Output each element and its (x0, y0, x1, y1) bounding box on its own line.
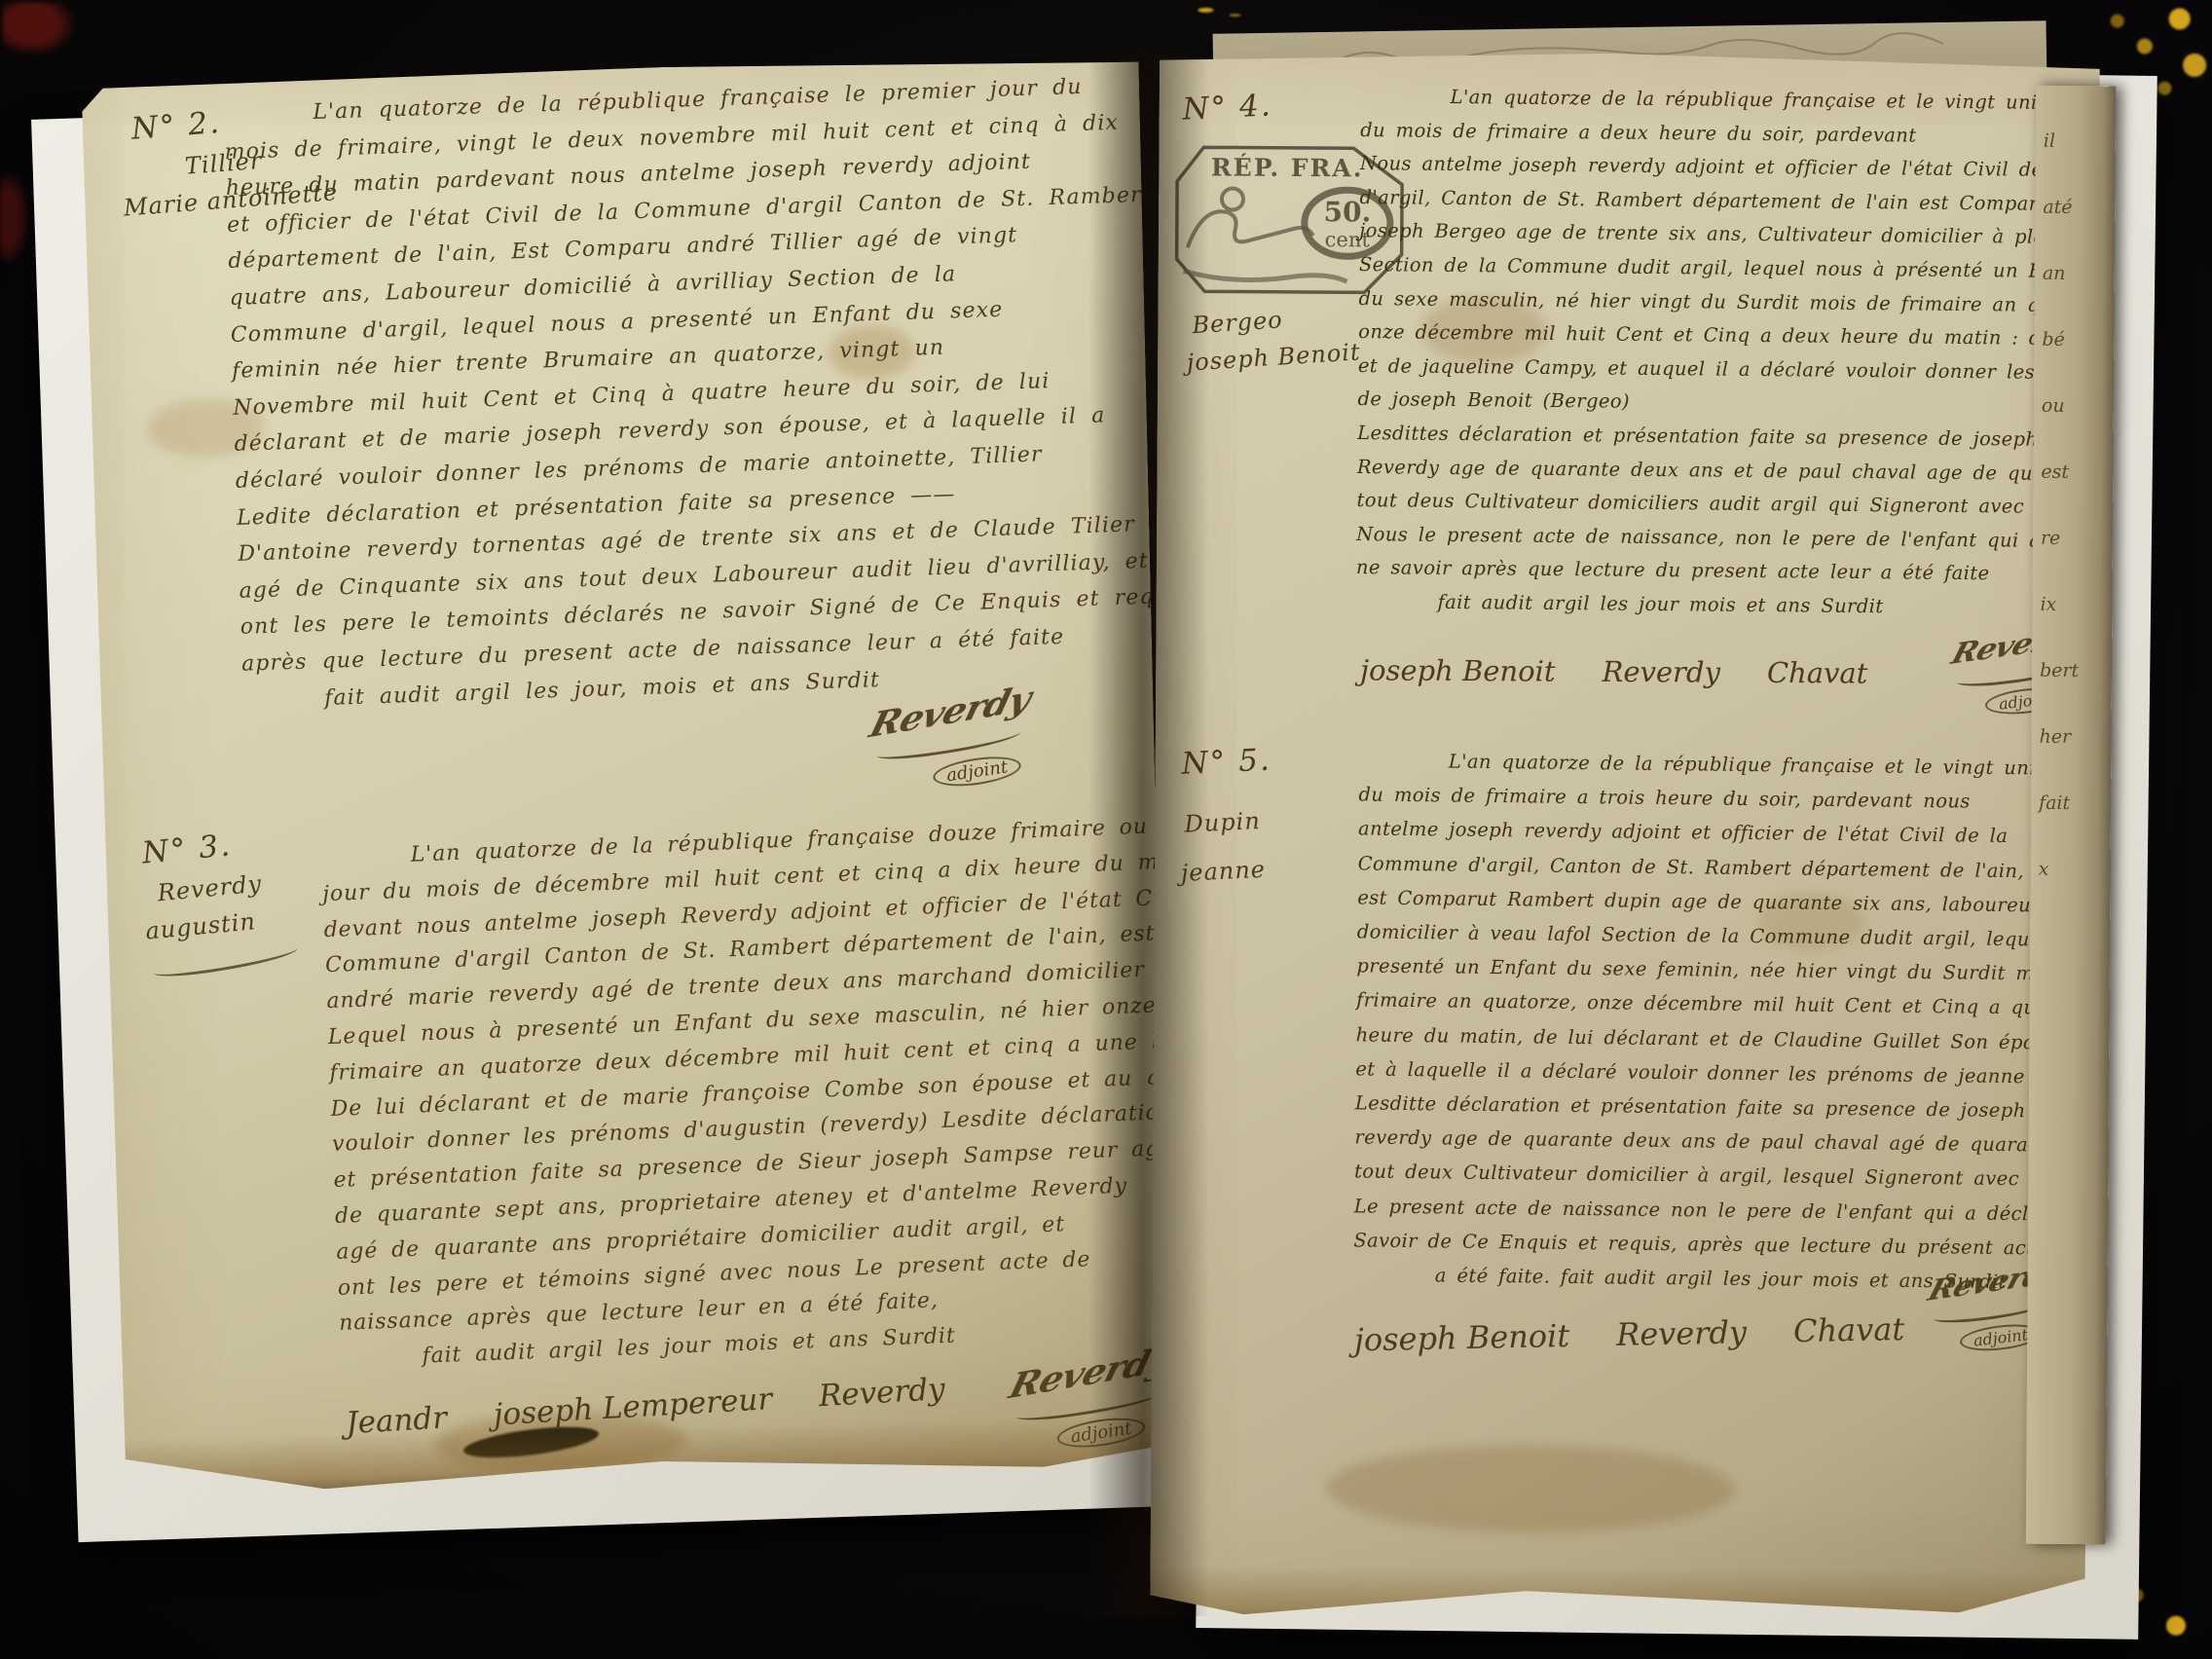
underlying-page-edges: ilatéanbéouestreixbertherfaitx (2026, 86, 2116, 1545)
sig-name: joseph Benoit (1354, 1317, 1570, 1358)
margin-entry-no3: N° 3. Reverdy augustin (140, 823, 299, 977)
edge-frag: il (2044, 130, 2116, 153)
stamp-figure (1188, 211, 1313, 248)
edge-frag: até (2043, 197, 2115, 219)
stamp-header: RÉP. FRA. (1211, 153, 1364, 182)
margin-flourish (152, 940, 299, 981)
edge-frag: ou (2042, 395, 2114, 418)
sig-name: Chavat (1793, 1310, 1905, 1349)
sig-name: Chavat (1767, 656, 1868, 690)
edge-frag: an (2043, 263, 2115, 285)
record-number: N° 5. (1181, 742, 1272, 781)
edge-frag: x (2039, 859, 2111, 881)
signature-title: adjoint (932, 752, 1023, 791)
margin-firstname: jeanne (1180, 855, 1276, 887)
witness-signatures-no4: joseph BenoitReverdyChavat (1360, 653, 1915, 689)
sig-name: Reverdy (1602, 655, 1720, 689)
margin-firstname: augustin (144, 904, 296, 945)
text-line: L'an quatorze de la république française… (1450, 81, 2071, 121)
sig-name: Reverdy (818, 1372, 946, 1414)
red-corner-mark (2, 2, 78, 56)
margin-names-no4: Bergeo joseph Benoit (1191, 291, 1361, 376)
margin-surname: Reverdy (157, 867, 293, 907)
photo-background: N° 2. Tillier Marie antoinette L'an quat… (0, 0, 2212, 1659)
margin-entry-no4: N° 4. (1182, 88, 1273, 127)
record-number: N° 3. (140, 823, 289, 871)
sig-name: Reverdy (1616, 1313, 1748, 1353)
record-number: N° 4. (1182, 88, 1273, 127)
margin-firstname: joseph Benoit (1186, 338, 1361, 376)
edge-frag: ix (2040, 594, 2112, 616)
edge-frag: re (2041, 528, 2113, 550)
margin-surname: Dupin (1184, 806, 1274, 837)
gold-ornament-small (1172, 0, 1256, 25)
edge-frag: her (2039, 726, 2111, 749)
edge-frag: fait (2039, 793, 2111, 815)
signature-block-no2: Reverdy adjoint (874, 690, 1027, 787)
birth-record-no3: L'an quatorze de la république française… (320, 808, 1217, 1379)
register-left-page: N° 2. Tillier Marie antoinette L'an quat… (82, 56, 1171, 1493)
edge-frag: bert (2040, 660, 2112, 682)
margin-surname: Bergeo (1192, 301, 1359, 339)
age-spot (1326, 1444, 1736, 1534)
edge-frag: est (2041, 461, 2113, 484)
birth-record-no2: L'an quatorze de la république française… (223, 67, 1149, 719)
birth-record-no4: L'an quatorze de la république française… (1355, 80, 2071, 625)
birth-record-no5: L'an quatorze de la république française… (1353, 743, 2070, 1299)
margin-entry-no5: N° 5. Dupin jeanne (1181, 742, 1277, 886)
witness-signatures-no5: joseph BenoitReverdyChavat (1354, 1309, 1952, 1358)
register-right-page: N° 4. RÉP. FRA. 50. cent Bergeo joseph B… (1150, 51, 2100, 1626)
edge-frag: bé (2042, 329, 2114, 351)
text-line: fait audit argil les jour mois et ans Su… (1437, 586, 2066, 626)
sig-name: joseph Benoit (1360, 653, 1556, 687)
red-edge-mark (0, 173, 29, 263)
